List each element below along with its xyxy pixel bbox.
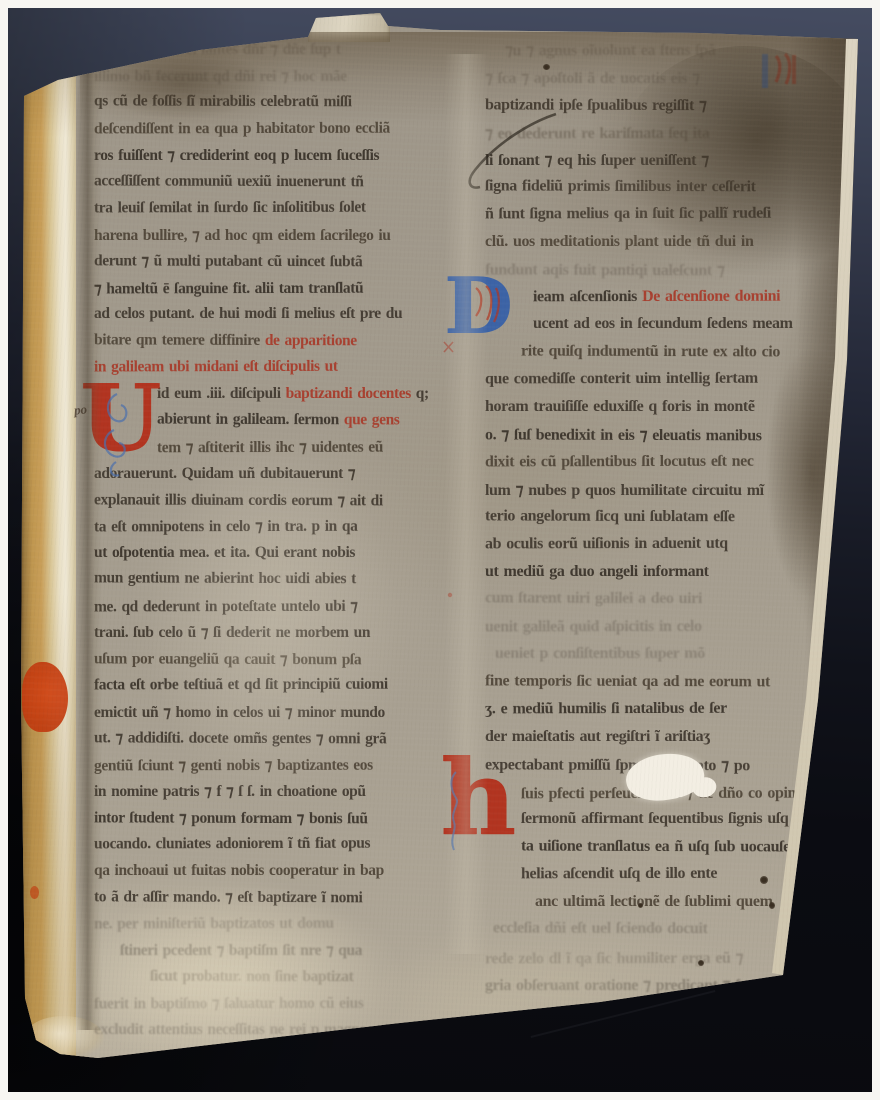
manuscript-line: terio angelorum ſicq uni ſublatam eſſe xyxy=(485,507,827,536)
manuscript-line: ſtineri pcedent ⁊ baptiſm ſit nre ⁊ qua xyxy=(94,941,450,968)
manuscript-line: ʒ. e mediũ humilis ſi natalibus de ſer xyxy=(485,700,827,728)
initial-filigree-blue-icon xyxy=(444,768,466,854)
ink-text: to ã dr aſſir mando. ⁊ eſt baptizare ĩ n… xyxy=(94,888,362,906)
manuscript-line: der maieſtatis aut regiſtri ĩ ariſtiaʒ xyxy=(485,728,827,756)
manuscript-line: rite quiſq indumentũ in rute ex alto cio xyxy=(485,342,827,371)
manuscript-line: et cõſilio ei ſañtes dñr ⁊ dñe ſup t xyxy=(94,40,450,67)
ink-text: qs cũ de foſſis ſĩ mirabilis celebratũ m… xyxy=(94,92,352,110)
ink-text: lum ⁊ nubes p quos humilitate circuitu m… xyxy=(485,482,764,499)
manuscript-line: facta eſt orbe teſtiuã et qd ſit princip… xyxy=(94,676,450,703)
manuscript-line: eccleſia dñi eſt uel ſciendo docuit xyxy=(485,919,827,948)
initial-filigree-blue-icon xyxy=(94,388,140,480)
manuscript-line: ut. ⁊ addidiſti. docete omñs gentes ⁊ om… xyxy=(94,728,450,756)
ink-text: li ſonant ⁊ eq his ſuper ueniſſent ⁊ xyxy=(485,152,709,169)
ink-text: facta eſt orbe teſtiuã et qd ſit princip… xyxy=(94,676,388,694)
ink-text: ut. ⁊ addidiſti. docete omñs gentes ⁊ om… xyxy=(94,729,386,747)
ink-text: der maieſtatis aut regiſtri ĩ ariſtiaʒ xyxy=(485,728,710,745)
manuscript-line: que comediſſe conterit uim intellig ſert… xyxy=(485,370,827,398)
ink-text: ⁊u ⁊ agnus oĩuolunt ea ſtens ſpã xyxy=(505,42,715,60)
ink-text: ut oſpotentia mea. et ita. Qui erant nob… xyxy=(94,544,355,561)
ink-text: que comediſſe conterit uim intellig ſert… xyxy=(485,370,758,388)
manuscript-line: ros fuiſſent ⁊ crediderint eoq p lucem ſ… xyxy=(94,146,450,173)
ink-text: rite quiſq indumentũ in rute ex alto cio xyxy=(521,342,780,360)
spine-red-speck xyxy=(30,886,39,899)
manuscript-line: excludit attentius neceſſitas ne rei p m… xyxy=(94,1021,450,1048)
manuscript-line: lum ⁊ nubes p quos humilitate circuitu m… xyxy=(485,480,827,508)
manuscript-line: deſcendiſſent in ea qua p habitator bono… xyxy=(94,119,450,146)
ink-text: explanauit illis diuinam cordis eorum ⁊ … xyxy=(94,491,383,509)
ink-text: horam trauiſiſſe eduxiſſe q foris in mon… xyxy=(485,398,755,415)
manuscript-line: intor ſtudent ⁊ ponum formam ⁊ bonis ſuũ xyxy=(94,808,450,836)
manuscript-column-right: ⁊u ⁊ agnus oĩuolunt ea ſtens ſpã⁊ ſca ⁊ … xyxy=(485,40,827,1003)
manuscript-line: gria obſeruant oratione ⁊ predicant ⁊ ſe xyxy=(485,975,827,1003)
manuscript-line: ab oculis eorũ uiſionis in aduenit utq xyxy=(485,535,827,563)
manuscript-line: ucent ad eos in ſecundum ſedens meam xyxy=(485,315,827,343)
ink-text: harena bullire, ⁊ ad hoc qm eidem ſacril… xyxy=(94,227,391,244)
spine-foot-highlight xyxy=(24,1016,104,1060)
manuscript-line: tra leuiſ ſemilat in ſurdo ſic inſolitib… xyxy=(94,199,450,226)
manuscript-line: qs cũ de foſſis ſĩ mirabilis celebratũ m… xyxy=(94,92,450,120)
manuscript-line: clũ. uos meditationis plant uide tñ dui … xyxy=(485,233,827,261)
ink-text: fundunt aqis fuit pantiqi ualeſcunt ⁊ xyxy=(485,261,724,279)
manuscript-line: trani. ſub celo ũ ⁊ ſi dederit ne morbem… xyxy=(94,623,450,650)
ink-text: cum ſtarent uiri galilei a deo uiri xyxy=(485,589,702,607)
ink-text: rede zelo dl ĩ qa ſic humiliter erga eũ … xyxy=(485,949,743,967)
manuscript-line: bitare qm temere diffinire de apparition… xyxy=(94,331,450,359)
manuscript-line: helias aſcendit uſq de illo ente xyxy=(485,865,827,893)
manuscript-line: me. qd dederunt in poteſtate untelo ubi … xyxy=(94,596,450,623)
ink-text: derunt ⁊ ũ multi putabant cũ uincet ſubt… xyxy=(94,252,362,270)
worm-hole xyxy=(543,64,550,70)
ink-text: ucent ad eos in ſecundum ſedens meam xyxy=(533,315,793,332)
ink-text: ⁊ ſca ⁊ apoſtoli ã de uocatis eis ⁊ xyxy=(485,70,700,87)
ink-text: ñ ſunt ſigna melius qa in ſuit ſic pallĩ… xyxy=(485,205,771,223)
manuscript-line: derunt ⁊ ũ multi putabant cũ uincet ſubt… xyxy=(94,251,450,279)
manuscript-line: ut oſpotentia mea. et ita. Qui erant nob… xyxy=(94,544,450,571)
manuscript-line: uſum por euangeliũ qa cauit ⁊ bonum pſa xyxy=(94,649,450,677)
ink-text: bitare qm temere diffinire xyxy=(94,331,265,349)
ink-text: ſigna fideliũ primis ſimilibus inter ceſ… xyxy=(485,177,756,195)
ink-text: trani. ſub celo ũ ⁊ ſi dederit ne morbem… xyxy=(94,624,370,641)
spine-red-wax-mark xyxy=(22,662,68,732)
rubric-text: De aſcenſione domini xyxy=(642,287,780,304)
ink-text: ueniet p conſiſtentibus ſuper mõ xyxy=(495,645,705,662)
ink-text: clũ. uos meditationis plant uide tñ dui … xyxy=(485,233,753,250)
ink-text: id eum .iii. diſcipuli xyxy=(157,385,286,402)
ink-text: dixit eis cũ pſallentibus ſit locutus eſ… xyxy=(485,452,754,470)
parchment-flap xyxy=(308,12,390,42)
ink-text: ut mediũ ga duo angeli informant xyxy=(485,563,709,580)
ink-text: fine temporis ſic ueniat qa ad me eorum … xyxy=(485,672,770,690)
manuscript-line: ⁊ eo dederunt re kariſmata ſeq ita xyxy=(485,122,827,150)
manuscript-line: dixit eis cũ pſallentibus ſit locutus eſ… xyxy=(485,452,827,480)
manuscript-line: mun gentium ne abierint hoc uidi abies t xyxy=(94,569,450,597)
manuscript-line: emictit uñ ⁊ homo in celos ui ⁊ minor mu… xyxy=(94,703,450,730)
manuscript-line: explanauit illis diuinam cordis eorum ⁊ … xyxy=(94,490,450,518)
ink-text: uſum por euangeliũ qa cauit ⁊ bonum pſa xyxy=(94,650,361,668)
ink-text: expectabant pmiſſũ ſpm qa accepto ⁊ po xyxy=(485,756,750,774)
ink-text: tem ⁊ aſtiterit illis ihc ⁊ uidentes eũ xyxy=(157,438,383,456)
manuscript-line: qa inchoaui ut fuitas nobis cooperatur i… xyxy=(94,862,450,889)
corner-ornament-icon xyxy=(756,46,802,98)
manuscript-line: ieam aſcenſionis De aſcenſione domini xyxy=(485,287,827,315)
manuscript-line: ta uiſione tranſlatus ea ñ uſq ſub uocau… xyxy=(485,837,827,866)
ink-text: emictit uñ ⁊ homo in celos ui ⁊ minor mu… xyxy=(94,704,385,721)
manuscript-line: ñ ſunt ſigna melius qa in ſuit ſic pallĩ… xyxy=(485,205,827,233)
manuscript-line: to ã dr aſſir mando. ⁊ eſt baptizare ĩ n… xyxy=(94,887,450,915)
ink-text: baptizandi ipſe ſpualibus regiſſit ⁊ xyxy=(485,96,707,114)
manuscript-line: uocando. cluniates adoniorem ĩ tñ fiat o… xyxy=(94,835,450,862)
ink-text: ⁊ eo dederunt re kariſmata ſeq ita xyxy=(485,124,709,142)
ink-text: ⁊ hameltũ ē ſanguine fit. alii tam tranſ… xyxy=(94,279,363,297)
manuscript-line: gentiũ ſciunt ⁊ genti nobis ⁊ baptizante… xyxy=(94,755,450,782)
ink-text: ta uiſione tranſlatus ea ñ uſq ſub uocau… xyxy=(521,837,790,855)
manuscript-line: horam trauiſiſſe eduxiſſe q foris in mon… xyxy=(485,398,827,426)
manuscript-line: anc ultimã lectionẽ de ſublimi quem xyxy=(485,893,827,921)
ink-text: gentiũ ſciunt ⁊ genti nobis ⁊ baptizante… xyxy=(94,756,373,774)
ink-text: helias aſcendit uſq de illo ente xyxy=(521,865,717,883)
worm-hole xyxy=(769,902,775,909)
rubric-text: baptizandi docentes xyxy=(286,385,411,402)
manuscript-column-left: et cõſilio ei ſañtes dñr ⁊ dñe ſup tilli… xyxy=(94,40,450,1047)
ink-text: deſcendiſſent in ea qua p habitator bono… xyxy=(94,119,390,137)
manuscript-line: ad celos putant. de hui modi ſi melius e… xyxy=(94,305,450,332)
manuscript-line: ⁊ hameltũ ē ſanguine fit. alii tam tranſ… xyxy=(94,278,450,305)
illuminated-initial-h: h xyxy=(440,746,516,850)
manuscript-line: cum ſtarent uiri galilei a deo uiri xyxy=(485,589,827,618)
ink-text: ta eſt omnipotens in celo ⁊ in tra. p in… xyxy=(94,518,357,536)
illuminated-initial-u: U xyxy=(80,372,160,464)
ink-text: excludit attentius neceſſitas ne rei p m… xyxy=(94,1021,367,1038)
illuminated-initial-d: D xyxy=(444,268,512,346)
ink-text: q; xyxy=(411,385,429,402)
ink-text: acceſſiſſent communiũ uexiũ inuenerunt t… xyxy=(94,172,364,190)
manuscript-line: ſicut probatur. non ſine baptizat xyxy=(94,967,450,995)
manuscript-line: in nomine patris ⁊ f ⁊ ſ ſ. in choatione… xyxy=(94,782,450,809)
ink-text: intor ſtudent ⁊ ponum formam ⁊ bonis ſuũ xyxy=(94,809,368,827)
ink-text: me. qd dederunt in poteſtate untelo ubi … xyxy=(94,597,358,615)
manuscript-line: ut mediũ ga duo angeli informant xyxy=(485,563,827,591)
rubric-text: de apparitione xyxy=(265,331,357,348)
manuscript-line: fundunt aqis fuit pantiqi ualeſcunt ⁊ xyxy=(485,259,827,288)
photo-frame: et cõſilio ei ſañtes dñr ⁊ dñe ſup tilli… xyxy=(0,0,880,1100)
ink-text: tra leuiſ ſemilat in ſurdo ſic inſolitib… xyxy=(94,199,366,217)
rubric-text: que gens xyxy=(344,411,400,428)
manuscript-line: harena bullire, ⁊ ad hoc qm eidem ſacril… xyxy=(94,226,450,253)
ink-text: ab oculis eorũ uiſionis in aduenit utq xyxy=(485,535,728,553)
manuscript-line: li ſonant ⁊ eq his ſuper ueniſſent ⁊ xyxy=(485,150,827,178)
worm-hole xyxy=(760,876,768,884)
manuscript-book: et cõſilio ei ſañtes dñr ⁊ dñe ſup tilli… xyxy=(20,10,866,1068)
ink-text: terio angelorum ſicq uni ſublatam eſſe xyxy=(485,507,735,525)
manuscript-line: ſigna fideliũ primis ſimilibus inter ceſ… xyxy=(485,177,827,206)
ink-text: ad celos putant. de hui modi ſi melius e… xyxy=(94,305,402,322)
initial-filigree-red-icon xyxy=(466,280,506,338)
manuscript-line: ueniet p conſiſtentibus ſuper mõ xyxy=(485,645,827,673)
ink-text: uenit galileã quid aſpicitis in celo xyxy=(485,617,702,635)
ink-text: ros fuiſſent ⁊ crediderint eoq p lucem ſ… xyxy=(94,147,379,164)
ink-text: o. ⁊ ſuſ benedixit in eis ⁊ eleuatis man… xyxy=(485,426,762,444)
manuscript-line: ne. per miniſteriũ baptizatos ut domu xyxy=(94,914,450,941)
manuscript-line: uenit galileã quid aſpicitis in celo xyxy=(485,617,827,645)
manuscript-line: acceſſiſſent communiũ uexiũ inuenerunt t… xyxy=(94,172,450,200)
manuscript-line: fuerit in baptiſmo ⁊ ſaluatur homo cũ ei… xyxy=(94,994,450,1021)
ink-text: ne. per miniſteriũ baptizatos ut domu xyxy=(94,914,334,932)
manuscript-line: rede zelo dl ĩ qa ſic humiliter erga eũ … xyxy=(485,947,827,975)
ink-text: ſermonũ affirmant ſequentibus ſignis uſq xyxy=(521,810,788,827)
ink-text: uocando. cluniates adoniorem ĩ tñ fiat o… xyxy=(94,835,370,853)
manuscript-line: ta eſt omnipotens in celo ⁊ in tra. p in… xyxy=(94,517,450,544)
ink-text: qa inchoaui ut fuitas nobis cooperatur i… xyxy=(94,862,384,879)
manuscript-line: illimo bñ fecerunt qd dñi rei ⁊ hoc mãe xyxy=(94,67,450,94)
manuscript-line: baptizandi ipſe ſpualibus regiſſit ⁊ xyxy=(485,94,827,123)
ink-text: mun gentium ne abierint hoc uidi abies t xyxy=(94,569,356,587)
ink-text: ʒ. e mediũ humilis ſi natalibus de ſer xyxy=(485,700,727,718)
ink-text: ſtineri pcedent ⁊ baptiſm ſit nre ⁊ qua xyxy=(120,942,362,959)
ink-text: eccleſia dñi eſt uel ſciendo docuit xyxy=(493,919,707,937)
manuscript-line: fine temporis ſic ueniat qa ad me eorum … xyxy=(485,672,827,701)
ink-text: fuerit in baptiſmo ⁊ ſaluatur homo cũ ei… xyxy=(94,995,363,1013)
manuscript-line: o. ⁊ ſuſ benedixit in eis ⁊ eleuatis man… xyxy=(485,424,827,453)
manuscript-line: ſermonũ affirmant ſequentibus ſignis uſq xyxy=(485,810,827,838)
ink-text: et cõſilio ei ſañtes dñr ⁊ dñe ſup t xyxy=(128,41,341,59)
ink-text: illimo bñ fecerunt qd dñi rei ⁊ hoc mãe xyxy=(94,68,347,85)
worm-hole xyxy=(698,960,704,966)
ink-text: abierunt in galileam. ſermon xyxy=(157,411,344,429)
ink-text: in nomine patris ⁊ f ⁊ ſ ſ. in choatione… xyxy=(94,783,366,800)
worm-hole xyxy=(638,903,643,908)
ink-text: gria obſeruant oratione ⁊ predicant ⁊ ſe xyxy=(485,977,746,994)
ink-text: anc ultimã lectionẽ de ſublimi quem xyxy=(535,893,773,910)
photo-background: et cõſilio ei ſañtes dñr ⁊ dñe ſup tilli… xyxy=(8,8,872,1092)
ink-text: ſicut probatur. non ſine baptizat xyxy=(150,967,353,985)
ink-text: ieam aſcenſionis xyxy=(533,288,642,305)
